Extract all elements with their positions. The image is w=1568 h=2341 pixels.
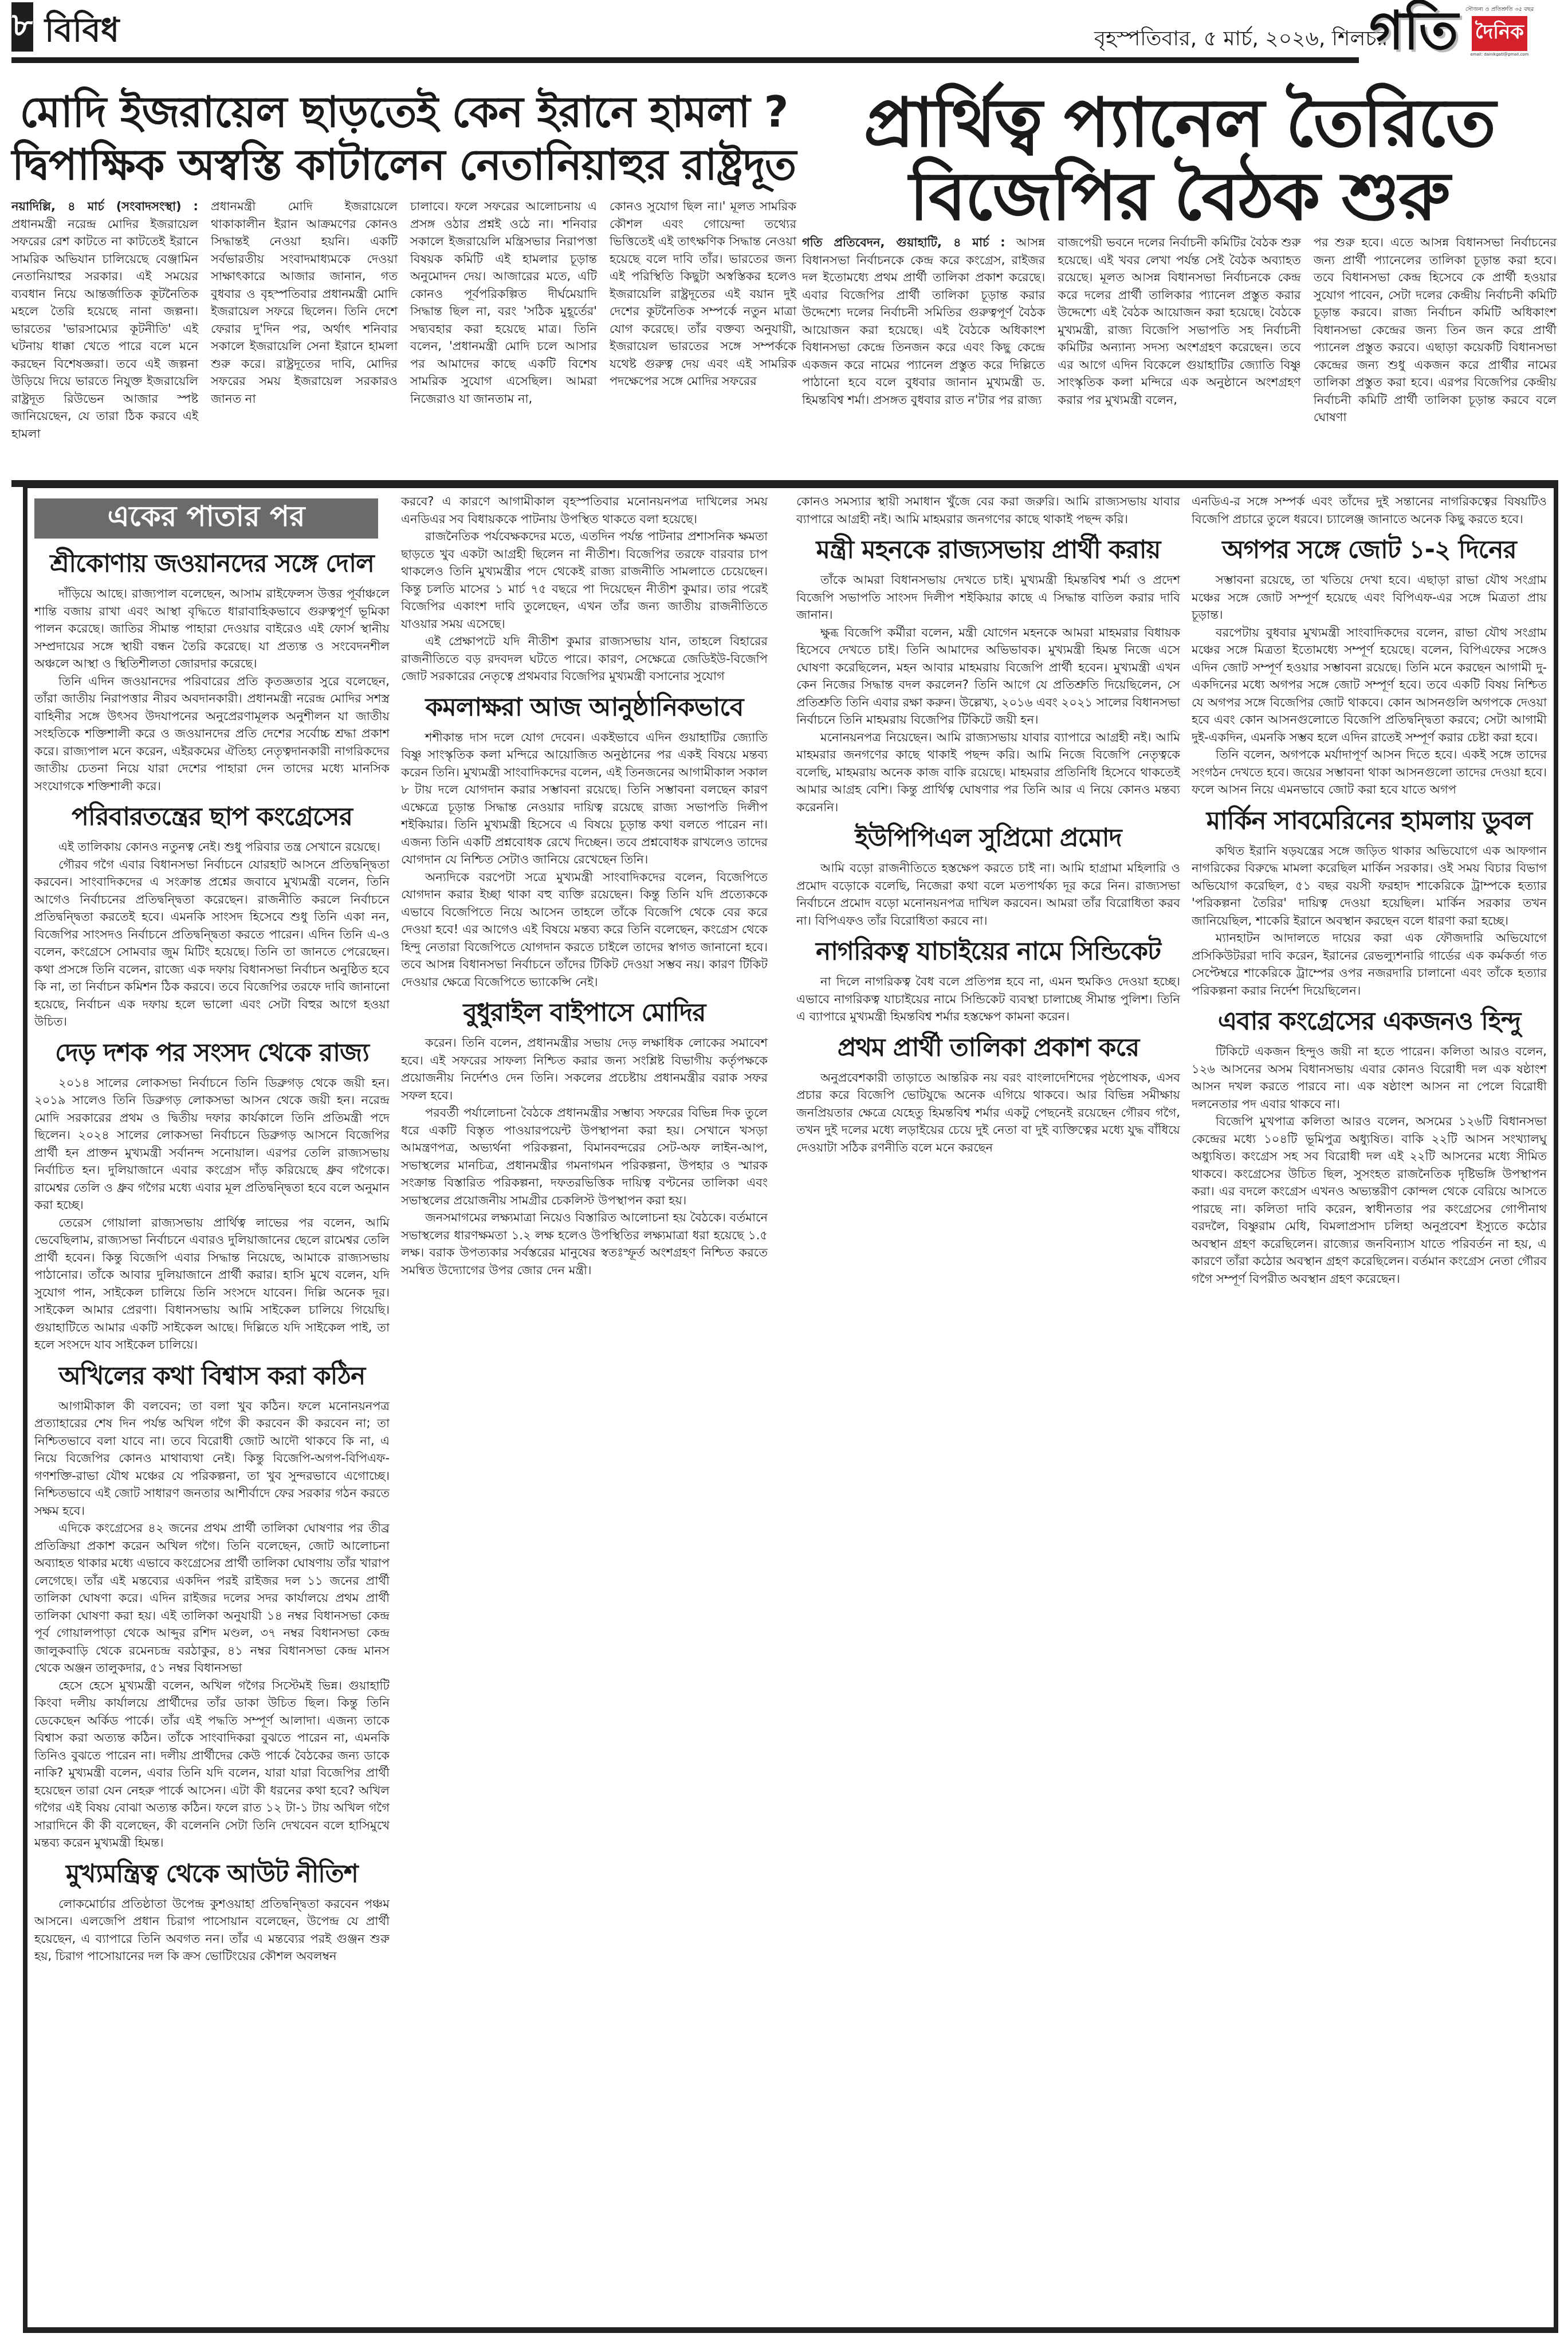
story-body: কোনও সমস্যার স্থায়ী সমাধান খুঁজে বের কর… [796,493,1180,528]
paragraph: রাজনৈতিক পর্যবেক্ষকদের মতে, এতদিন পর্যন্… [401,528,768,633]
story-headline: নাগরিকত্ব যাচাইয়ের নামে সিন্ডিকেট [796,934,1180,969]
dateline: গতি প্রতিবেদন, গুয়াহাটি, ৪ মার্চ : [802,235,1005,249]
continued-column-1: শ্রীকোণায় জওয়ানদের সঙ্গে দোলদাঁড়িয়ে … [34,541,390,2318]
headline-bjp-panel: প্রার্থিত্ব প্যানেল তৈরিতে বিজেপির বৈঠক … [802,86,1557,233]
paragraph: এনডিএ-র সঙ্গে সম্পর্ক এবং তাঁদের দুই সন্… [1192,493,1547,528]
story-body: অনুপ্রবেশকারী তাড়াতে আন্তরিক নয় বরং বা… [796,1069,1180,1157]
paragraph: দাঁড়িয়ে আছে। রাজ্যপাল বলেছেন, আসাম রাই… [34,585,390,673]
paragraph: অনুপ্রবেশকারী তাড়াতে আন্তরিক নয় বরং বা… [796,1069,1180,1157]
paragraph: বরপেটায় বুধবার মুখ্যমন্ত্রী সাংবাদিকদের… [1192,624,1547,747]
story-body: আগামীকাল কী বলবেন; তা বলা খুব কঠিন। ফলে … [34,1397,390,1852]
story-column: পর শুরু হবে। এতে আসন্ন বিধানসভা নির্বাচন… [1314,234,1557,426]
paragraph: হেসে হেসে মুখ্যমন্ত্রী বলেন, অখিল গগৈর স… [34,1677,390,1852]
paragraph: তিনি এদিন জওয়ানদের পরিবারের প্রতি কৃতজ্… [34,673,390,795]
paragraph: আমি বড়ো রাজনীতিতে হস্তক্ষেপ করতে চাই না… [796,859,1180,929]
story-headline: মুখ্যমন্ত্রিত্ব থেকে আউট নীতিশ [34,1856,390,1892]
paragraph: ম্যানহাটন আদালতে দায়ের করা এক ফৌজদারি অ… [1192,929,1547,999]
logo-wordmark: গতি [1369,5,1459,57]
story-headline: বুধুরাইল বাইপাসে মোদির [401,995,768,1031]
issue-date: বৃহস্পতিবার, ৫ মার্চ, ২০২৬, শিলচর [1094,23,1388,57]
headline-israel-iran: মোদি ইজরায়েল ছাড়তেই কেন ইরানে হামলা ? … [11,86,796,191]
story-body: দাঁড়িয়ে আছে। রাজ্যপাল বলেছেন, আসাম রাই… [34,585,390,795]
story-headline: ইউপিপিএল সুপ্রিমো প্রমোদ [796,820,1180,856]
story-body: ২০১৪ সালের লোকসভা নির্বাচনে তিনি ডিব্রুগ… [34,1074,390,1354]
story-headline: মার্কিন সাবমেরিনের হামলায় ডুবল [1192,803,1547,839]
story-column: বাজপেয়ী ভবনে দলের নির্বাচনী কমিটির বৈঠক… [1058,234,1300,426]
masthead-rule [11,57,1359,63]
paragraph: মনোনয়নপত্র নিয়েছেন। আমি রাজ্যসভায় যাব… [796,729,1180,816]
story-column: কোনও সুযোগ ছিল না।' মূলত সামরিক কৌশল এবং… [610,198,796,442]
paragraph: তাঁকে আমরা বিধানসভায় দেখতে চাই। মুখ্যমন… [796,571,1180,624]
paragraph: সম্ভাবনা রয়েছে, তা খতিয়ে দেখা হবে। এছা… [1192,571,1547,624]
story-headline: অগপর সঙ্গে জোট ১-২ দিনের [1192,532,1547,568]
paragraph: তিনি বলেন, অগপকে মর্যাদাপূর্ণ আসন দিতে হ… [1192,746,1547,799]
paragraph: বিজেপি মুখপাত্র কলিতা আরও বলেন, অসমের ১২… [1192,1113,1547,1287]
story-column: চালাবে। ফলে সফরের আলোচনায় এ প্রসঙ্গ ওঠা… [410,198,597,442]
paragraph: না দিলে নাগরিকত্ব বৈধ বলে প্রতিপন্ন হবে … [796,973,1180,1026]
paragraph: কথিত ইরানি ষড়যন্ত্রের সঙ্গে জড়িত থাকার… [1192,842,1547,930]
paragraph: এদিকে কংগ্রেসের ৪২ জনের প্রথম প্রার্থী ত… [34,1519,390,1677]
logo-badge: সৌজন্য ও প্রতিশ্রুতি ৩৫ বছর দৈনিক email:… [1465,5,1534,57]
continued-banner: একের পাতার পর [34,498,378,539]
story-body: আমি বড়ো রাজনীতিতে হস্তক্ষেপ করতে চাই না… [796,859,1180,929]
paragraph: পরবর্তী পর্যালোচনা বৈঠকে প্রধানমন্ত্রীর … [401,1104,768,1209]
paragraph: এই তালিকায় কোনও নতুনত্ব নেই। শুধু পরিবা… [34,838,390,856]
story-bjp-body: গতি প্রতিবেদন, গুয়াহাটি, ৪ মার্চ : আসন্… [802,234,1557,426]
paragraph: তেরেস গোয়ালা রাজ্যসভায় প্রার্থিত্ব লাভ… [34,1214,390,1354]
paragraph: টিকিটে একজন হিন্দুও জয়ী না হতে পারেন। ক… [1192,1043,1547,1113]
continued-column-2: করবে? এ কারণে আগামীকাল বৃহস্পতিবার মনোনয… [401,493,768,2320]
paragraph: অন্যদিকে বরপেটা সত্রে মুখ্যমন্ত্রী সাংবা… [401,869,768,991]
headline-line-1: মোদি ইজরায়েল ছাড়তেই কেন ইরানে হামলা ? [11,86,796,139]
story-israel-body: নয়াদিল্লি, ৪ মার্চ (সংবাদসংস্থা) : প্রধ… [11,198,796,442]
story-body: শশীকান্ত দাস দলে যোগ দেবেন। একইভাবে এদিন… [401,729,768,991]
logo-tagline: সৌজন্য ও প্রতিশ্রুতি ৩৫ বছর [1465,5,1534,15]
paragraph: ২০১৪ সালের লোকসভা নির্বাচনে তিনি ডিব্রুগ… [34,1074,390,1214]
story-column: গতি প্রতিবেদন, গুয়াহাটি, ৪ মার্চ : আসন্… [802,234,1045,426]
story-body: এনডিএ-র সঙ্গে সম্পর্ক এবং তাঁদের দুই সন্… [1192,493,1547,528]
paragraph: ক্ষুব্ধ বিজেপি কর্মীরা বলেন, মন্ত্রী যোগ… [796,624,1180,729]
logo-contact: email: dainikgati@gmail.com [1470,52,1528,57]
newspaper-logo: গতি সৌজন্য ও প্রতিশ্রুতি ৩৫ বছর দৈনিক em… [1369,2,1558,60]
story-headline: শ্রীকোণায় জওয়ানদের সঙ্গে দোল [34,546,390,582]
story-body: সম্ভাবনা রয়েছে, তা খতিয়ে দেখা হবে। এছা… [1192,571,1547,799]
paragraph: কোনও সমস্যার স্থায়ী সমাধান খুঁজে বের কর… [796,493,1180,528]
paragraph: এই প্রেক্ষাপটে যদি নীতীশ কুমার রাজ্যসভায… [401,633,768,685]
story-headline: প্রথম প্রার্থী তালিকা প্রকাশ করে [796,1030,1180,1066]
paragraph: গৌরব গগৈ এবার বিধানসভা নির্বাচনে যোরহাট … [34,856,390,1031]
dateline: নয়াদিল্লি, ৪ মার্চ (সংবাদসংস্থা) : [11,199,198,213]
continued-column-4: এনডিএ-র সঙ্গে সম্পর্ক এবং তাঁদের দুই সন্… [1192,493,1547,2320]
story-body: এই তালিকায় কোনও নতুনত্ব নেই। শুধু পরিবা… [34,838,390,1031]
paragraph: শশীকান্ত দাস দলে যোগ দেবেন। একইভাবে এদিন… [401,729,768,869]
story-headline: কমলাক্ষরা আজ আনুষ্ঠানিকভাবে [401,690,768,725]
headline-line-2: দ্বিপাক্ষিক অস্বস্তি কাটালেন নেতানিয়াহু… [11,139,796,191]
story-body: করবে? এ কারণে আগামীকাল বৃহস্পতিবার মনোনয… [401,493,768,685]
headline-line-2: বিজেপির বৈঠক শুরু [802,159,1557,233]
logo-daily-badge: দৈনিক [1472,16,1527,51]
story-headline: অখিলের কথা বিশ্বাস করা কঠিন [34,1358,390,1394]
headline-line-1: প্রার্থিত্ব প্যানেল তৈরিতে [802,86,1557,159]
story-body: না দিলে নাগরিকত্ব বৈধ বলে প্রতিপন্ন হবে … [796,973,1180,1026]
story-body: করেন। তিনি বলেন, প্রধানমন্ত্রীর সভায় দে… [401,1034,768,1279]
section-title: বিবিধ [45,5,119,60]
story-column: প্রধানমন্ত্রী মোদি ইজরায়েলে থাকাকালীন ই… [211,198,398,442]
continued-column-3: কোনও সমস্যার স্থায়ী সমাধান খুঁজে বের কর… [796,493,1180,2320]
story-body: কথিত ইরানি ষড়যন্ত্রের সঙ্গে জড়িত থাকার… [1192,842,1547,1000]
story-headline: মন্ত্রী মহনকে রাজ্যসভায় প্রার্থী করায় [796,532,1180,568]
paragraph: আগামীকাল কী বলবেন; তা বলা খুব কঠিন। ফলে … [34,1397,390,1520]
paragraph: জনসমাগমের লক্ষ্যমাত্রা নিয়েও বিস্তারিত … [401,1209,768,1279]
story-body: তাঁকে আমরা বিধানসভায় দেখতে চাই। মুখ্যমন… [796,571,1180,816]
story-body: টিকিটে একজন হিন্দুও জয়ী না হতে পারেন। ক… [1192,1043,1547,1287]
story-headline: এবার কংগ্রেসের একজনও হিন্দু [1192,1004,1547,1039]
paragraph: করবে? এ কারণে আগামীকাল বৃহস্পতিবার মনোনয… [401,493,768,528]
story-column: নয়াদিল্লি, ৪ মার্চ (সংবাদসংস্থা) : প্রধ… [11,198,198,442]
story-headline: দেড় দশক পর সংসদ থেকে রাজ্য [34,1035,390,1071]
story-headline: পরিবারতন্ত্রের ছাপ কংগ্রেসের [34,799,390,835]
paragraph: করেন। তিনি বলেন, প্রধানমন্ত্রীর সভায় দে… [401,1034,768,1104]
paragraph: লোকমোর্চার প্রতিষ্ঠাতা উপেন্দ্র কুশওয়াহ… [34,1895,390,1965]
page-number: ৮ [11,2,33,52]
story-body: লোকমোর্চার প্রতিষ্ঠাতা উপেন্দ্র কুশওয়াহ… [34,1895,390,1965]
